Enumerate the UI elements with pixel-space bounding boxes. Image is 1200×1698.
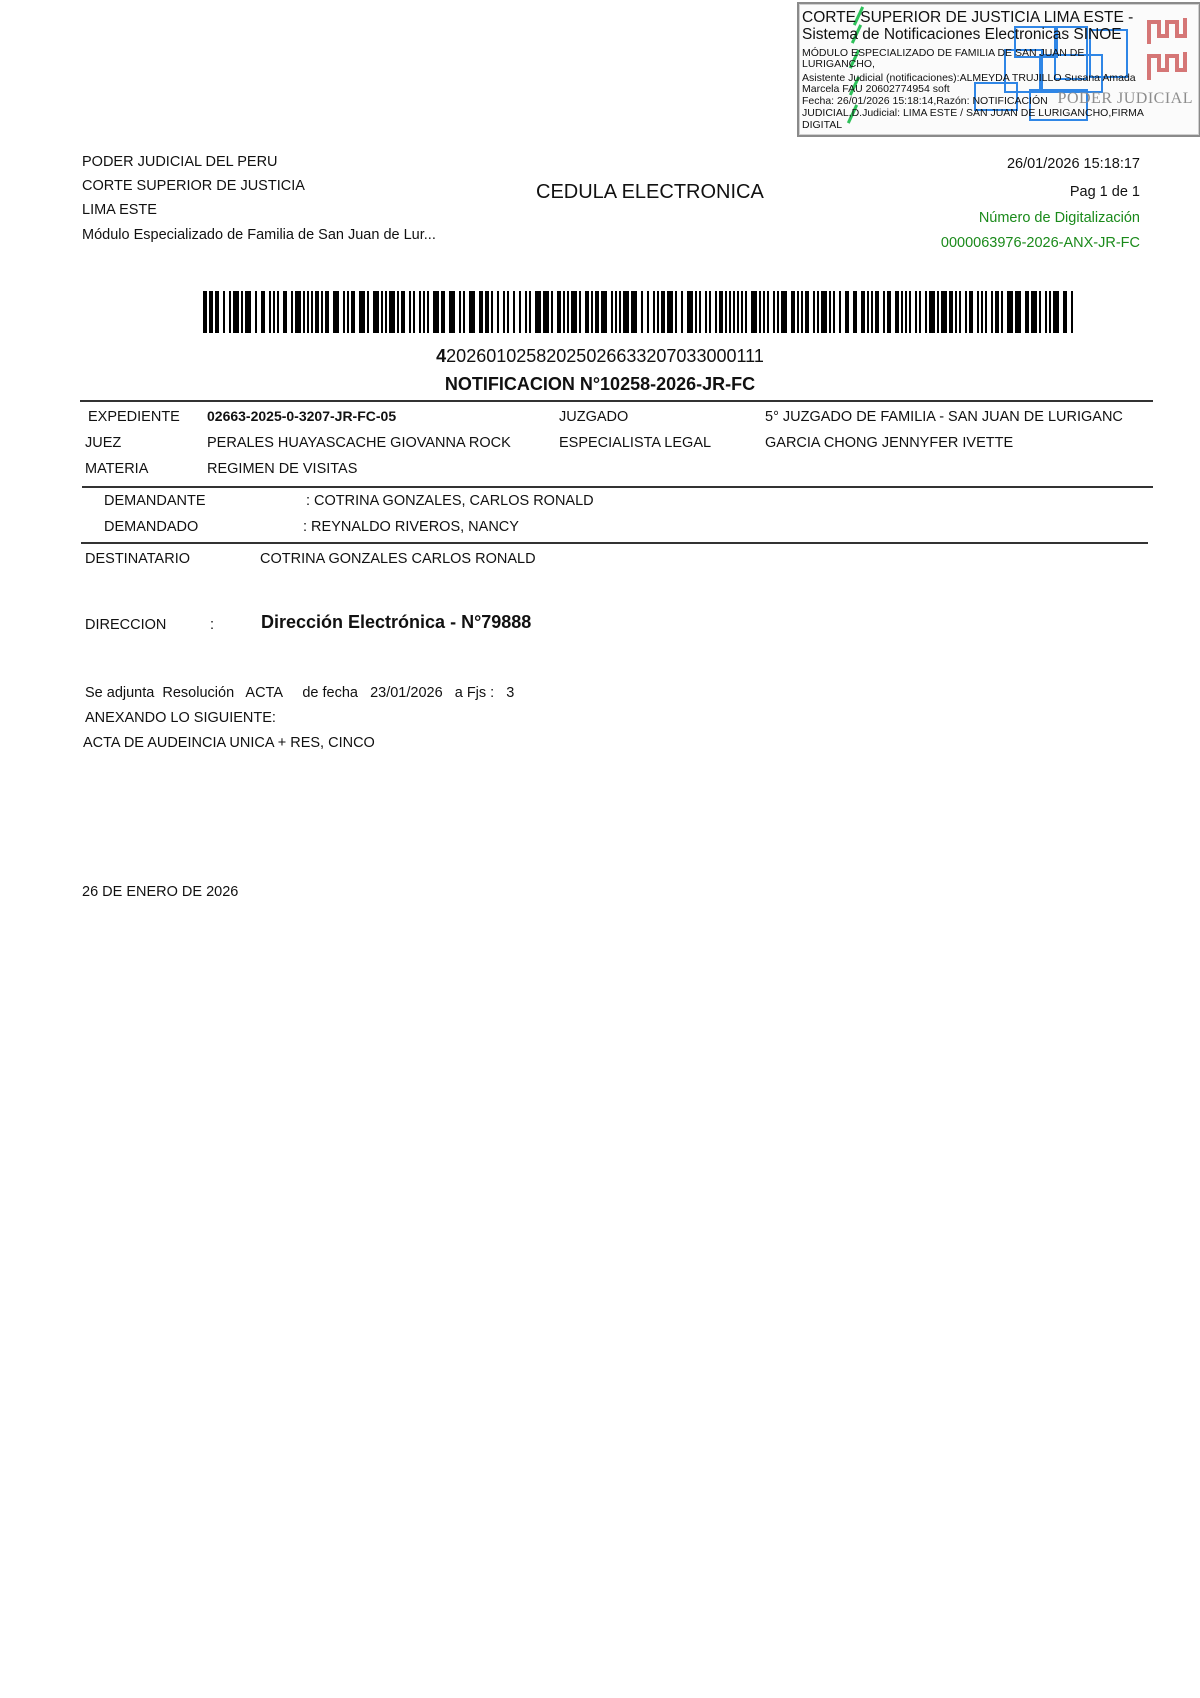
juzgado-label: JUZGADO: [559, 409, 628, 425]
materia-value: REGIMEN DE VISITAS: [207, 461, 357, 477]
especialista-label: ESPECIALISTA LEGAL: [559, 435, 711, 451]
especialista-value: GARCIA CHONG JENNYFER IVETTE: [765, 435, 1013, 451]
digitalization-number: 0000063976-2026-ANX-JR-FC: [941, 235, 1140, 251]
juez-value: PERALES HUAYASCACHE GIOVANNA ROCK: [207, 435, 511, 451]
barcode-rest-digits: 20260102582025026633207033000111: [446, 346, 764, 366]
demandante-value: : COTRINA GONZALES, CARLOS RONALD: [306, 493, 594, 509]
barcode: [203, 291, 1073, 333]
attachment-header: ANEXANDO LO SIGUIENTE:: [85, 710, 276, 726]
digitalization-label: Número de Digitalización: [979, 210, 1140, 226]
issue-datetime: 26/01/2026 15:18:17: [1007, 156, 1140, 172]
notification-title: NOTIFICACION N°10258-2026-JR-FC: [0, 374, 1200, 395]
signature-detail: LURIGANCHO,: [802, 59, 875, 71]
divider: [81, 542, 1148, 544]
barcode-first-digit: 4: [436, 346, 446, 366]
signature-detail: DIGITAL: [802, 120, 842, 132]
demandado-value: : REYNALDO RIVEROS, NANCY: [303, 519, 519, 535]
barcode-number: 420260102582025026633207033000111: [0, 346, 1200, 367]
court-name: CORTE SUPERIOR DE JUSTICIA: [82, 178, 305, 194]
materia-label: MATERIA: [85, 461, 148, 477]
attachment-resolution-line: Se adjunta Resolución ACTA de fecha 23/0…: [85, 685, 514, 701]
district-name: LIMA ESTE: [82, 202, 157, 218]
expediente-label: EXPEDIENTE: [88, 409, 180, 425]
footer-date: 26 DE ENERO DE 2026: [82, 884, 238, 900]
poder-judicial-logo-text: PODER JUDICIAL: [1058, 90, 1193, 108]
destinatario-label: DESTINATARIO: [85, 551, 190, 567]
signature-detail: Marcela FAU 20602774954 soft: [802, 84, 950, 96]
destinatario-value: COTRINA GONZALES CARLOS RONALD: [260, 551, 536, 567]
direccion-label: DIRECCION: [85, 617, 166, 633]
demandante-label: DEMANDANTE: [104, 493, 206, 509]
expediente-value: 02663-2025-0-3207-JR-FC-05: [207, 408, 396, 424]
poder-judicial-logo-icon: [1145, 14, 1193, 84]
digital-signature-stamp: PODER JUDICIAL CORTE SUPERIOR DE JUSTICI…: [797, 2, 1200, 137]
demandado-label: DEMANDADO: [104, 519, 198, 535]
divider: [80, 400, 1153, 402]
institution-name: PODER JUDICIAL DEL PERU: [82, 154, 278, 170]
page-indicator: Pag 1 de 1: [1070, 184, 1140, 200]
signature-detail: JUDICIAL,D.Judicial: LIMA ESTE / SAN JUA…: [802, 108, 1144, 120]
document-title: CEDULA ELECTRONICA: [536, 181, 764, 204]
juez-label: JUEZ: [85, 435, 121, 451]
direccion-value: Dirección Electrónica - N°79888: [261, 612, 531, 633]
divider: [82, 486, 1153, 488]
signature-line-2: Sistema de Notificaciones Electronicas S…: [802, 26, 1122, 44]
module-name: Módulo Especializado de Familia de San J…: [82, 227, 436, 243]
attachment-description: ACTA DE AUDEINCIA UNICA + RES, CINCO: [83, 735, 375, 751]
direccion-colon: :: [210, 617, 214, 633]
juzgado-value: 5° JUZGADO DE FAMILIA - SAN JUAN DE LURI…: [765, 409, 1153, 425]
signature-detail: Fecha: 26/01/2026 15:18:14,Razón: NOTIFI…: [802, 96, 1048, 108]
signature-line-1: CORTE SUPERIOR DE JUSTICIA LIMA ESTE -: [802, 9, 1133, 27]
